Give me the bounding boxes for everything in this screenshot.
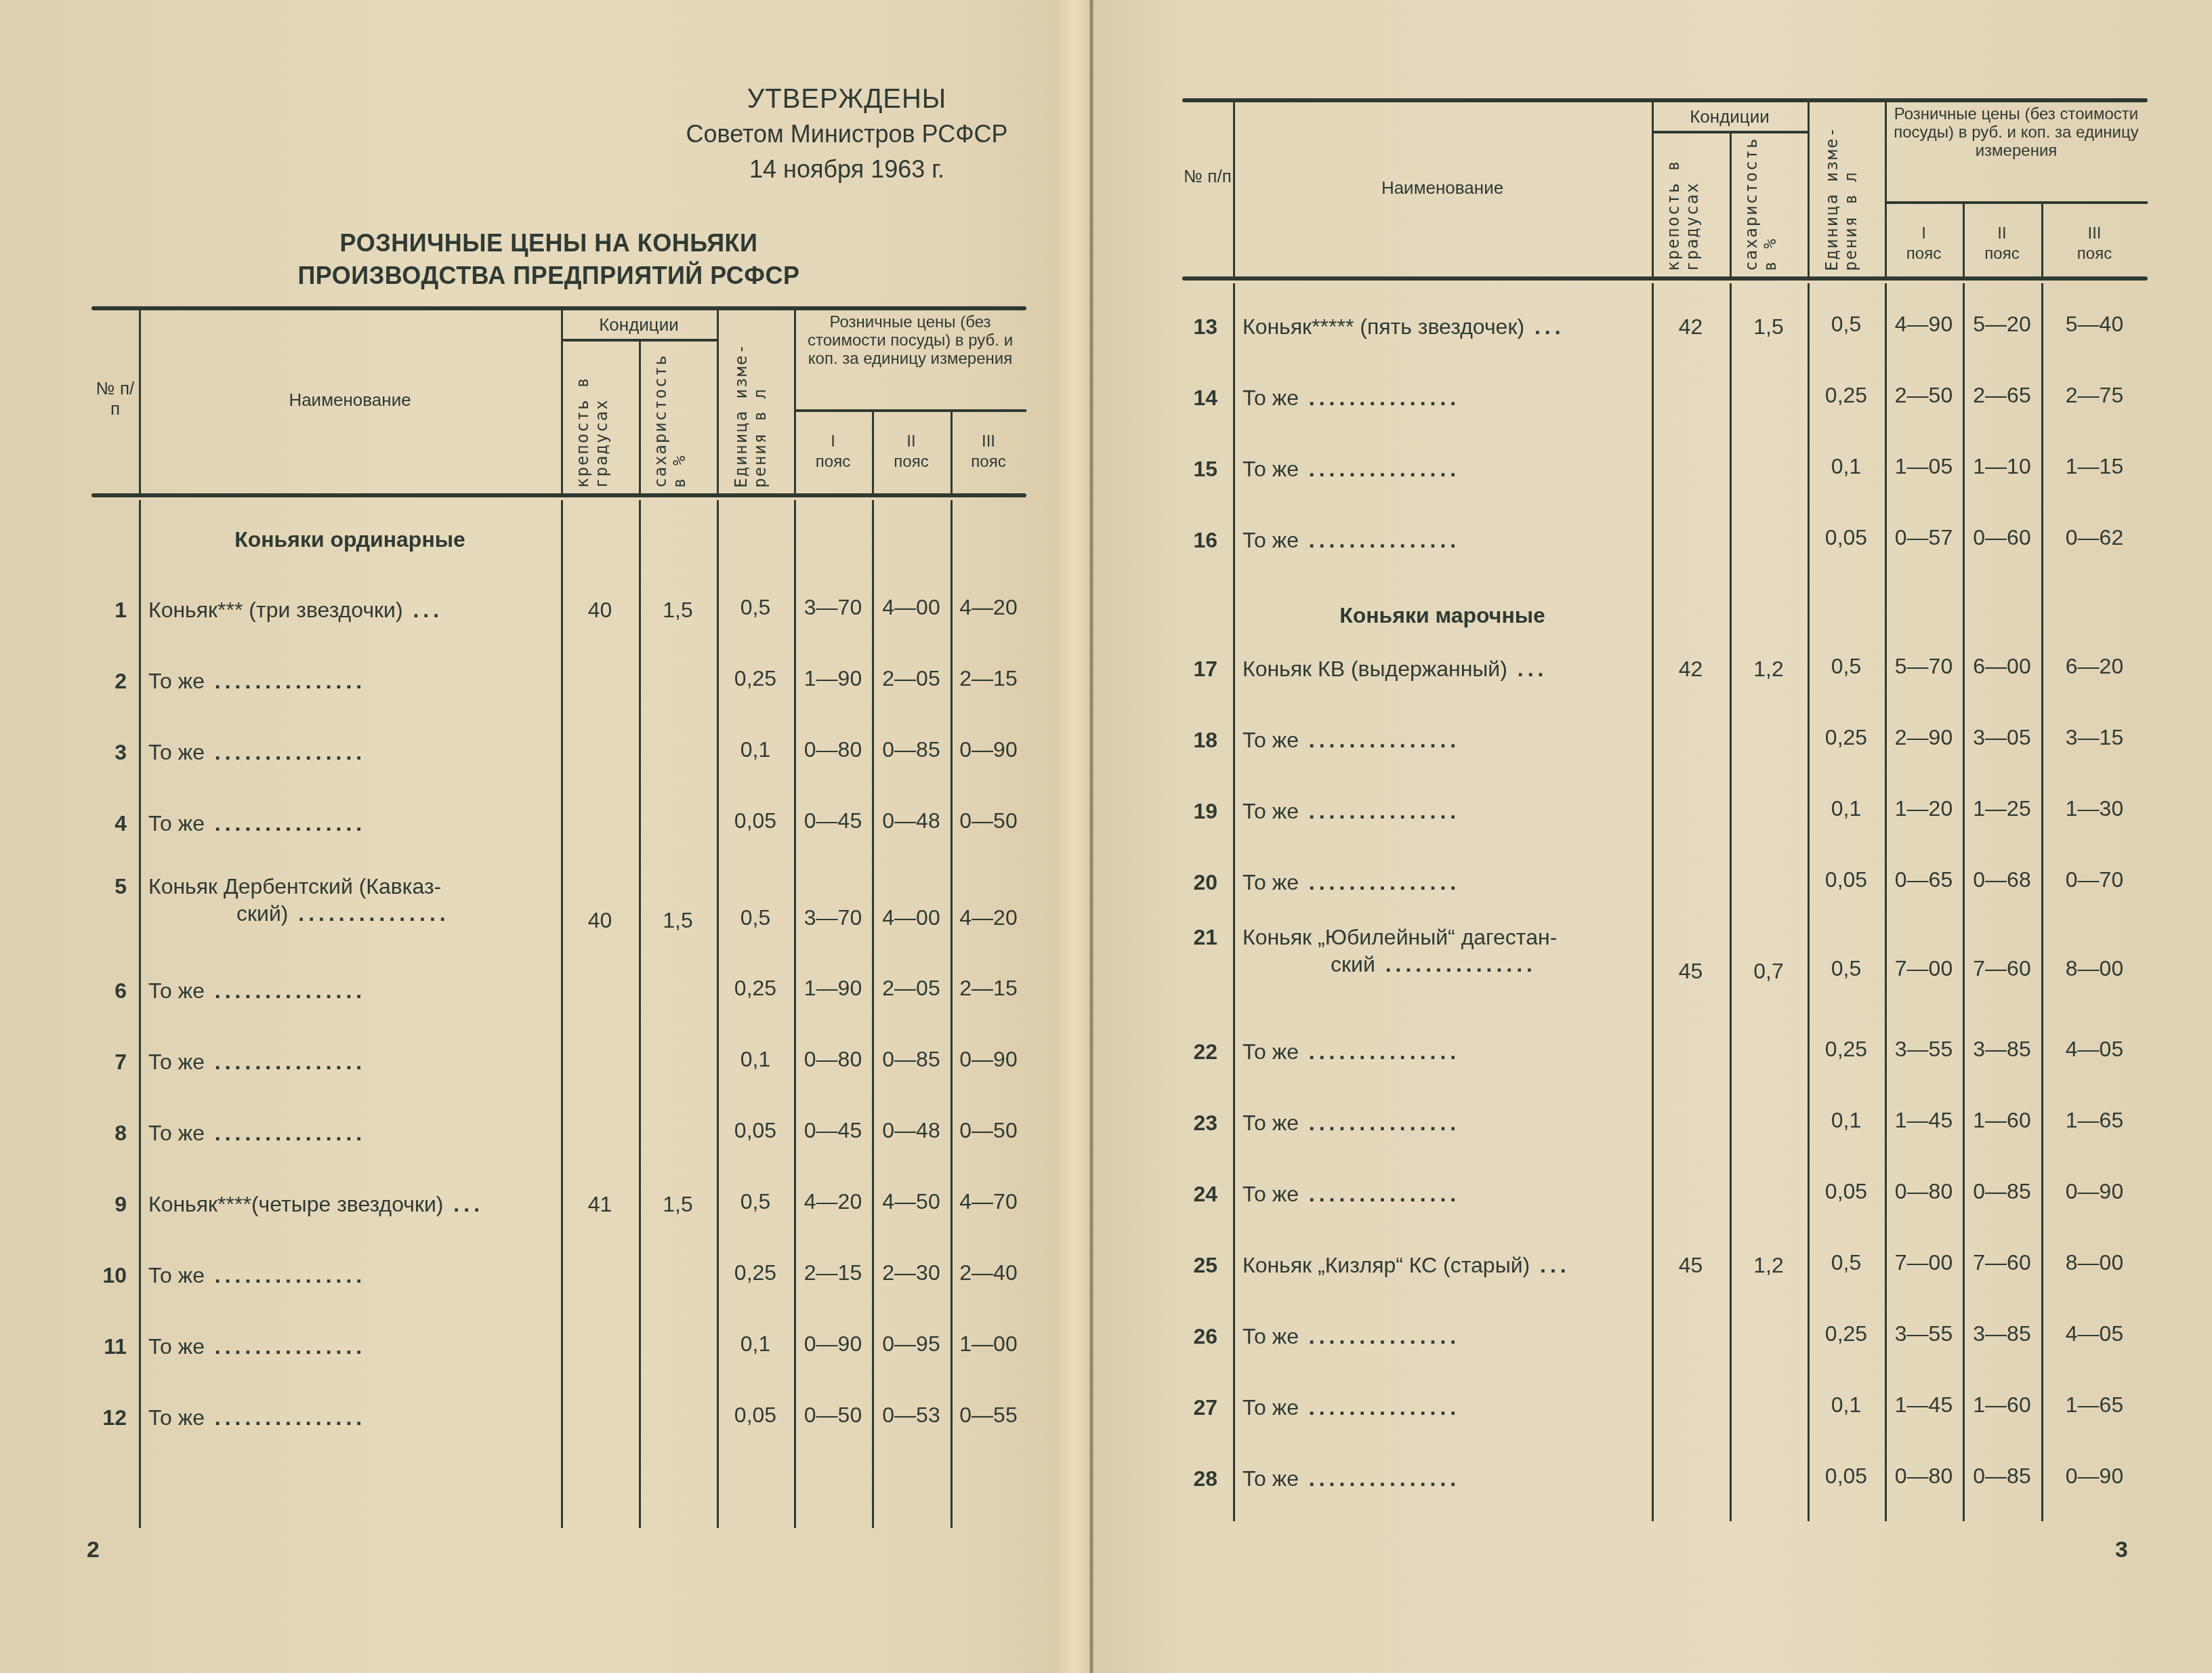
table-row: 20То же ...............0,050—650—680—70	[0, 869, 2212, 909]
product-name: То же ...............	[1243, 1323, 1645, 1350]
header-zone-1: Iпояс	[1885, 224, 1963, 264]
cell-unit: 0,1	[1808, 453, 1885, 480]
table-top-rule	[1182, 98, 2148, 102]
table-top-rule	[91, 306, 1026, 310]
header-bottom-rule	[1182, 276, 2148, 281]
cell-p1: 0—65	[1885, 866, 1963, 893]
cell-p1: 4—90	[1885, 310, 1963, 337]
cell-unit: 0,1	[1808, 1107, 1885, 1134]
row-number: 13	[1177, 313, 1217, 340]
header-name: Наименование	[1233, 178, 1652, 198]
product-name: Коньяк***** (пять звездочек) ...	[1243, 313, 1645, 340]
cell-unit: 0,25	[1808, 1320, 1885, 1347]
cell-p2: 7—60	[1963, 955, 2041, 982]
product-name-text: То же	[1243, 1111, 1299, 1135]
header-zone-2: IIпояс	[1963, 224, 2041, 264]
cell-strength: 40	[561, 596, 639, 623]
cell-p3: 1—15	[2041, 453, 2148, 480]
product-name-text: То же	[1243, 870, 1299, 894]
row-number: 24	[1177, 1180, 1217, 1207]
cell-unit: 0,5	[1808, 955, 1885, 982]
cell-unit: 0,5	[1808, 310, 1885, 337]
product-name: То же ...............	[1243, 384, 1645, 411]
table-row: 21Коньяк „Юбилейный“ дагестан-ский .....…	[0, 924, 2212, 964]
cell-p2: 2—65	[1963, 381, 2041, 409]
cell-p2: 4—00	[872, 594, 951, 621]
product-name-text: То же	[1243, 457, 1299, 481]
product-name-text: То же	[148, 978, 205, 1003]
cell-unit: 0,25	[1808, 1035, 1885, 1062]
product-name: То же ...............	[1243, 1109, 1645, 1136]
page-number-right: 3	[2115, 1537, 2128, 1563]
zone-numeral: II	[872, 432, 951, 452]
cell-p3: 8—00	[2041, 1249, 2148, 1276]
cell-p3: 2—15	[951, 974, 1026, 1001]
table-row: 27То же ...............0,11—451—601—65	[0, 1394, 2212, 1434]
cell-sugar: 0,7	[1730, 957, 1808, 985]
leader-dots: ...............	[1299, 799, 1460, 823]
cell-p1: 1—90	[794, 974, 872, 1001]
zone-numeral: I	[794, 432, 872, 452]
leader-dots: ...	[1524, 314, 1565, 339]
product-name: То же ...............	[148, 977, 554, 1004]
cell-p2: 3—05	[1963, 724, 2041, 751]
product-name: Коньяк „Кизляр“ КС (старый) ...	[1243, 1252, 1645, 1279]
cell-p2: 0—60	[1963, 524, 2041, 551]
product-name-text: То же	[1243, 1466, 1299, 1491]
product-name: То же ...............	[1243, 1394, 1645, 1421]
cell-unit: 0,25	[717, 974, 794, 1001]
cell-p2: 0—85	[1963, 1178, 2041, 1205]
table-row: 26То же ...............0,253—553—854—05	[0, 1323, 2212, 1363]
cell-p1: 0—80	[1885, 1462, 1963, 1489]
table-row: 25Коньяк „Кизляр“ КС (старый) ...451,20,…	[0, 1252, 2212, 1292]
cell-p1: 3—55	[1885, 1320, 1963, 1347]
cell-p3: 2—75	[2041, 381, 2148, 409]
leader-dots: ...............	[1299, 1466, 1460, 1491]
cell-unit: 0,1	[1808, 1391, 1885, 1418]
product-name-text: Коньяк***** (пять звездочек)	[1243, 314, 1524, 339]
title-line-1: РОЗНИЧНЫЕ ЦЕНЫ НА КОНЬЯКИ	[217, 227, 881, 260]
cell-sugar: 1,2	[1730, 1252, 1808, 1279]
row-number: 28	[1177, 1465, 1217, 1492]
cell-p1: 2—50	[1885, 381, 1963, 409]
row-number: 26	[1177, 1323, 1217, 1350]
product-name-cont: ский ...............	[1243, 951, 1645, 978]
document-title: РОЗНИЧНЫЕ ЦЕНЫ НА КОНЬЯКИ ПРОИЗВОДСТВА П…	[217, 227, 881, 292]
cell-p1: 7—00	[1885, 955, 1963, 982]
product-name-text: Коньяк „Юбилейный“ дагестан-	[1243, 925, 1557, 949]
product-name: То же ...............	[1243, 726, 1645, 753]
cell-p2: 3—85	[1963, 1320, 2041, 1347]
product-name-text: Коньяк КВ (выдержанный)	[1243, 657, 1507, 681]
cell-p2: 1—25	[1963, 795, 2041, 822]
product-name-text: То же	[1243, 1395, 1299, 1420]
leader-dots: ...............	[1299, 528, 1460, 552]
cell-p3: 5—40	[2041, 310, 2148, 337]
product-name-text: Коньяк*** (три звездочки)	[148, 598, 403, 622]
table-row: 16То же ...............0,050—570—600—62	[0, 526, 2212, 567]
row-number: 20	[1177, 869, 1217, 896]
cell-p3: 4—05	[2041, 1320, 2148, 1347]
header-zone-3: IIIпояс	[2041, 224, 2148, 264]
cell-unit: 0,25	[1808, 724, 1885, 751]
leader-dots: ...............	[1375, 952, 1537, 976]
cell-p1: 7—00	[1885, 1249, 1963, 1276]
product-name-text: То же	[1243, 799, 1299, 823]
table-row: 6То же ...............0,251—902—052—15	[0, 977, 2212, 1018]
cell-p1: 0—57	[1885, 524, 1963, 551]
leader-dots: ...............	[205, 978, 366, 1003]
cell-p2: 0—68	[1963, 866, 2041, 893]
cell-p1: 5—70	[1885, 653, 1963, 680]
product-name: То же ...............	[1243, 526, 1645, 554]
leader-dots: ...............	[1299, 1324, 1460, 1348]
cell-p1: 3—70	[794, 594, 872, 621]
cell-strength: 45	[1652, 957, 1730, 985]
product-name-text: То же	[1243, 1182, 1299, 1206]
row-number: 21	[1177, 924, 1217, 951]
header-column-divider	[1652, 102, 1654, 276]
row-number: 6	[86, 977, 127, 1004]
product-name-text: То же	[1243, 1324, 1299, 1348]
table-row: 13Коньяк***** (пять звездочек) ...421,50…	[0, 313, 2212, 354]
cell-p3: 1—65	[2041, 1391, 2148, 1418]
header-sugar: сахаристость в %	[1742, 140, 1789, 271]
leader-dots: ...............	[1299, 386, 1460, 410]
approved-date: 14 ноября 1963 г.	[664, 152, 1030, 187]
cell-unit: 0,25	[1808, 381, 1885, 409]
cell-p1: 1—45	[1885, 1107, 1963, 1134]
cell-p2: 1—10	[1963, 453, 2041, 480]
table-row: 19То же ...............0,11—201—251—30	[0, 798, 2212, 838]
header-unit: Единица изме- рения в л	[1822, 109, 1870, 271]
product-name: То же ...............	[1243, 869, 1645, 896]
cell-p3: 8—00	[2041, 955, 2148, 982]
leader-dots: ...	[1507, 657, 1548, 681]
cell-p2: 3—85	[1963, 1035, 2041, 1062]
cell-p2: 1—60	[1963, 1391, 2041, 1418]
cell-strength: 42	[1652, 655, 1730, 682]
cell-unit: 0,5	[717, 594, 794, 621]
row-number: 22	[1177, 1038, 1217, 1065]
row-number: 19	[1177, 798, 1217, 825]
product-name-text: То же	[1243, 386, 1299, 410]
cell-p1: 1—20	[1885, 795, 1963, 822]
approved-label: УТВЕРЖДЕНЫ	[664, 81, 1030, 117]
row-number: 16	[1177, 526, 1217, 554]
leader-dots: ...............	[1299, 457, 1460, 481]
cell-p3: 3—15	[2041, 724, 2148, 751]
row-number: 14	[1177, 384, 1217, 411]
product-name-text: То же	[1243, 728, 1299, 752]
cell-p1: 1—05	[1885, 453, 1963, 480]
cell-strength: 42	[1652, 313, 1730, 340]
cell-p2: 1—60	[1963, 1107, 2041, 1134]
leader-dots: ...............	[1299, 1111, 1460, 1135]
zone-numeral: III	[951, 432, 1026, 452]
cell-p3: 0—90	[2041, 1462, 2148, 1489]
cell-p1: 3—55	[1885, 1035, 1963, 1062]
leader-dots: ...............	[1299, 1039, 1460, 1064]
cell-p3: 1—65	[2041, 1107, 2148, 1134]
product-name: То же ...............	[1243, 455, 1645, 482]
header-strength: крепость в градусах	[1664, 140, 1711, 271]
cell-p2: 2—05	[872, 974, 951, 1001]
cell-p3: 4—20	[951, 594, 1026, 621]
cell-p2: 0—85	[1963, 1462, 2041, 1489]
cell-p2: 5—20	[1963, 310, 2041, 337]
approved-by: Советом Министров РСФСР	[664, 117, 1030, 152]
table-row: 14То же ...............0,252—502—652—75	[0, 384, 2212, 425]
row-number: 25	[1177, 1252, 1217, 1279]
product-name: Коньяк КВ (выдержанный) ...	[1243, 655, 1645, 682]
product-name-text: Коньяк „Кизляр“ КС (старый)	[1243, 1253, 1530, 1277]
row-number: 27	[1177, 1394, 1217, 1421]
header-prices: Розничные цены (без стоимости посуды) в …	[1892, 105, 2141, 160]
cell-p2: 7—60	[1963, 1249, 2041, 1276]
cell-sugar: 1,5	[639, 596, 717, 623]
zone-label: пояс	[2041, 244, 2148, 264]
cell-p3: 6—20	[2041, 653, 2148, 680]
zone-numeral: I	[1885, 224, 1963, 244]
zone-numeral: III	[2041, 224, 2148, 244]
leader-dots: ...............	[1299, 1182, 1460, 1206]
leader-dots: ...............	[1299, 728, 1460, 752]
section-heading: Коньяки марочные	[1233, 603, 1652, 628]
name-cont-text: ский	[1331, 952, 1375, 976]
leader-dots: ...............	[1299, 1395, 1460, 1420]
product-name: То же ...............	[1243, 1465, 1645, 1492]
leader-dots: ...	[1530, 1253, 1570, 1277]
cell-p3: 1—30	[2041, 795, 2148, 822]
cell-unit: 0,05	[1808, 1178, 1885, 1205]
product-name: То же ...............	[1243, 798, 1645, 825]
zone-numeral: II	[1963, 224, 2041, 244]
page-number-left: 2	[87, 1537, 100, 1563]
cell-p3: 0—90	[2041, 1178, 2148, 1205]
cell-unit: 0,05	[1808, 1462, 1885, 1489]
row-number: 15	[1177, 455, 1217, 482]
title-line-2: ПРОИЗВОДСТВА ПРЕДПРИЯТИЙ РСФСР	[217, 260, 881, 292]
header-conditions: Кондиции	[1652, 106, 1808, 127]
product-name: То же ...............	[1243, 1038, 1645, 1065]
cell-unit: 0,5	[1808, 1249, 1885, 1276]
prices-rule	[1885, 201, 2148, 204]
table-row: 28То же ...............0,050—800—850—90	[0, 1465, 2212, 1506]
table-row: 18То же ...............0,252—903—053—15	[0, 726, 2212, 767]
table-row: 22То же ...............0,253—553—854—05	[0, 1038, 2212, 1079]
product-name: То же ...............	[1243, 1180, 1645, 1207]
table-row: 1Коньяк*** (три звездочки) ...401,50,53—…	[0, 596, 2212, 637]
table-row: 15То же ...............0,11—051—101—15	[0, 455, 2212, 496]
table-row: 17Коньяк КВ (выдержанный) ...421,20,55—7…	[0, 655, 2212, 696]
zone-label: пояс	[1963, 244, 2041, 264]
table-row: 24То же ...............0,050—800—850—90	[0, 1180, 2212, 1221]
approval-block: УТВЕРЖДЕНЫ Советом Министров РСФСР 14 но…	[664, 81, 1030, 187]
product-name: Коньяк*** (три звездочки) ...	[148, 596, 554, 623]
row-number: 1	[86, 596, 127, 623]
cell-p3: 4—05	[2041, 1035, 2148, 1062]
row-number: 23	[1177, 1109, 1217, 1136]
cell-p1: 0—80	[1885, 1178, 1963, 1205]
cell-sugar: 1,2	[1730, 655, 1808, 682]
header-column-divider	[1808, 102, 1810, 276]
cell-strength: 45	[1652, 1252, 1730, 1279]
row-number: 18	[1177, 726, 1217, 753]
cell-p3: 0—62	[2041, 524, 2148, 551]
row-number: 17	[1177, 655, 1217, 682]
leader-dots: ...............	[1299, 870, 1460, 894]
cell-unit: 0,1	[1808, 795, 1885, 822]
cell-p1: 1—45	[1885, 1391, 1963, 1418]
cell-unit: 0,5	[1808, 653, 1885, 680]
cell-p3: 0—70	[2041, 866, 2148, 893]
table-row: 23То же ...............0,11—451—601—65	[0, 1109, 2212, 1150]
product-name-text: То же	[1243, 528, 1299, 552]
product-name: Коньяк „Юбилейный“ дагестан-ский .......…	[1243, 924, 1645, 978]
zone-label: пояс	[1885, 244, 1963, 264]
cell-unit: 0,05	[1808, 866, 1885, 893]
header-num: № п/п	[1182, 166, 1233, 186]
cell-sugar: 1,5	[1730, 313, 1808, 340]
header-column-divider	[1730, 133, 1732, 276]
product-name-text: То же	[1243, 1039, 1299, 1064]
cell-unit: 0,05	[1808, 524, 1885, 551]
cell-p1: 2—90	[1885, 724, 1963, 751]
leader-dots: ...	[403, 598, 444, 622]
cell-p2: 6—00	[1963, 653, 2041, 680]
